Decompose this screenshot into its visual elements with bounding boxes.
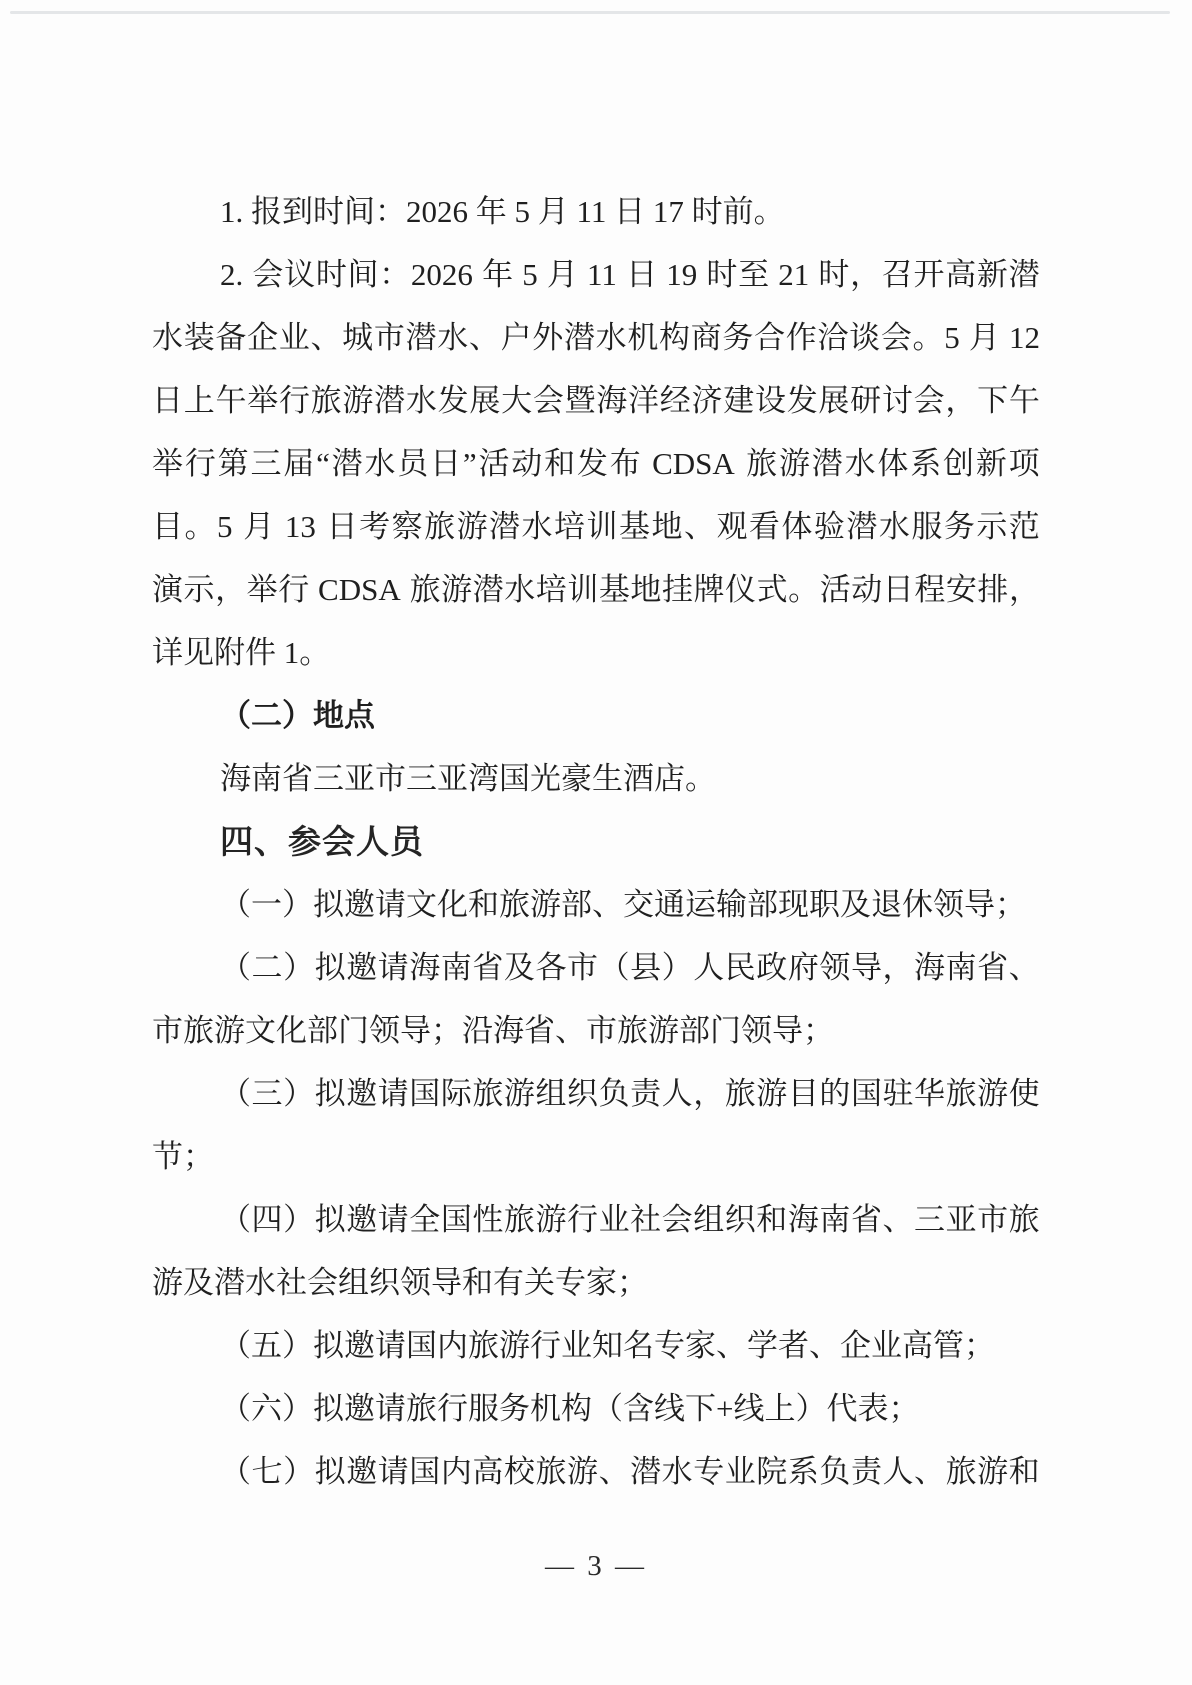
subsection-heading-location: （二）地点 [152, 684, 1040, 747]
body-line: （二）拟邀请海南省及各市（县）人民政府领导，海南省、 [152, 936, 1040, 999]
document-page: 1. 报到时间：2026 年 5 月 11 日 17 时前。 2. 会议时间：2… [0, 0, 1192, 1685]
body-line: 游及潜水社会组织领导和有关专家； [152, 1251, 1040, 1314]
body-line: 2. 会议时间：2026 年 5 月 11 日 19 时至 21 时，召开高新潜 [152, 243, 1040, 306]
body-line: 日上午举行旅游潜水发展大会暨海洋经济建设发展研讨会，下午 [152, 369, 1040, 432]
body-line: 1. 报到时间：2026 年 5 月 11 日 17 时前。 [152, 180, 1040, 243]
document-body: 1. 报到时间：2026 年 5 月 11 日 17 时前。 2. 会议时间：2… [152, 180, 1040, 1503]
body-line: （七）拟邀请国内高校旅游、潜水专业院系负责人、旅游和 [152, 1440, 1040, 1503]
body-line: 演示，举行 CDSA 旅游潜水培训基地挂牌仪式。活动日程安排， [152, 558, 1040, 621]
body-line: 详见附件 1。 [152, 621, 1040, 684]
body-line: 目。5 月 13 日考察旅游潜水培训基地、观看体验潜水服务示范 [152, 495, 1040, 558]
body-line: （四）拟邀请全国性旅游行业社会组织和海南省、三亚市旅 [152, 1188, 1040, 1251]
page-edge-scan-line [10, 11, 1170, 14]
body-line: 水装备企业、城市潜水、户外潜水机构商务合作洽谈会。5 月 12 [152, 306, 1040, 369]
body-line: 举行第三届“潜水员日”活动和发布 CDSA 旅游潜水体系创新项 [152, 432, 1040, 495]
body-line: 海南省三亚市三亚湾国光豪生酒店。 [152, 747, 1040, 810]
section-heading-participants: 四、参会人员 [152, 810, 1040, 873]
body-line: （一）拟邀请文化和旅游部、交通运输部现职及退休领导； [152, 873, 1040, 936]
body-line: 市旅游文化部门领导；沿海省、市旅游部门领导； [152, 999, 1040, 1062]
body-line: （六）拟邀请旅行服务机构（含线下+线上）代表； [152, 1377, 1040, 1440]
body-line: （三）拟邀请国际旅游组织负责人，旅游目的国驻华旅游使 [152, 1062, 1040, 1125]
body-line: （五）拟邀请国内旅游行业知名专家、学者、企业高管； [152, 1314, 1040, 1377]
body-line: 节； [152, 1125, 1040, 1188]
page-number: — 3 — [0, 1545, 1192, 1587]
